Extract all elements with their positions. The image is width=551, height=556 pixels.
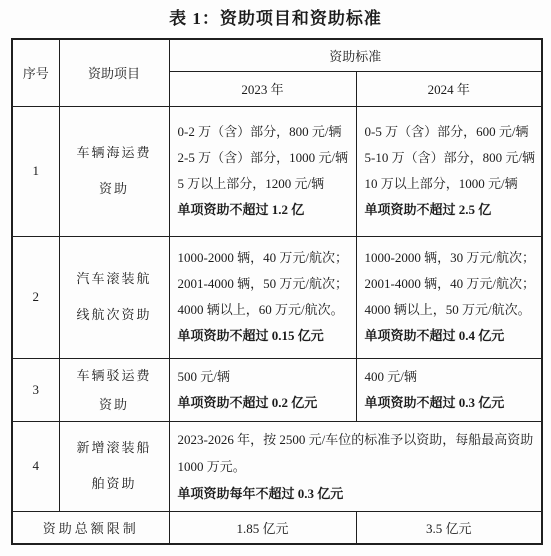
cap-line: 单项资助每年不超过 0.3 亿元 xyxy=(178,480,537,507)
project-line: 车辆海运费 xyxy=(60,135,169,171)
standard-line: 1000-2000 辆，30 万元/航次； xyxy=(365,245,537,271)
cap-line: 单项资助不超过 2.5 亿 xyxy=(365,197,537,223)
standard-line: 2001-4000 辆，50 万元/航次； xyxy=(178,271,351,297)
project-line: 汽车滚装航 xyxy=(60,261,169,297)
cap-line: 单项资助不超过 1.2 亿 xyxy=(178,197,351,223)
standard-line: 2-5 万（含）部分，1000 元/辆 xyxy=(178,145,351,171)
row-2-2024-cell: 1000-2000 辆，30 万元/航次； 2001-4000 辆，40 万元/… xyxy=(356,236,542,358)
standard-line: 4000 辆以上，60 万元/航次。 xyxy=(178,297,351,323)
table-row: 1 车辆海运费 资助 0-2 万（含）部分，800 元/辆 2-5 万（含）部分… xyxy=(12,106,542,236)
cap-line: 单项资助不超过 0.3 亿元 xyxy=(365,390,537,416)
standard-line: 500 元/辆 xyxy=(178,364,351,390)
project-line: 新增滚装船 xyxy=(60,430,169,466)
row-3-project: 车辆驳运费 资助 xyxy=(59,358,169,421)
standard-line: 4000 辆以上，50 万元/航次。 xyxy=(365,297,537,323)
table-row: 3 车辆驳运费 资助 500 元/辆 单项资助不超过 0.2 亿元 400 元/… xyxy=(12,358,542,421)
cap-line: 单项资助不超过 0.4 亿元 xyxy=(365,323,537,349)
row-3-2024-cell: 400 元/辆 单项资助不超过 0.3 亿元 xyxy=(356,358,542,421)
cap-line: 单项资助不超过 0.15 亿元 xyxy=(178,323,351,349)
header-year-2024: 2024 年 xyxy=(356,71,542,106)
row-1-2023-cell: 0-2 万（含）部分，800 元/辆 2-5 万（含）部分，1000 元/辆 5… xyxy=(169,106,356,236)
row-3-2023-cell: 500 元/辆 单项资助不超过 0.2 亿元 xyxy=(169,358,356,421)
row-2-project: 汽车滚装航 线航次资助 xyxy=(59,236,169,358)
project-line: 舶资助 xyxy=(60,466,169,502)
standard-line: 1000-2000 辆，40 万元/航次； xyxy=(178,245,351,271)
header-col-project: 资助项目 xyxy=(59,39,169,106)
row-1-project: 车辆海运费 资助 xyxy=(59,106,169,236)
row-4-project: 新增滚装船 舶资助 xyxy=(59,421,169,511)
row-1-no: 1 xyxy=(12,106,59,236)
standard-line: 5-10 万（含）部分，800 元/辆 xyxy=(365,145,537,171)
header-year-2023: 2023 年 xyxy=(169,71,356,106)
table-title: 表 1：资助项目和资助标准 xyxy=(0,0,551,31)
standard-line: 5 万以上部分，1200 元/辆 xyxy=(178,171,351,197)
project-line: 资助 xyxy=(60,390,169,419)
header-col-no: 序号 xyxy=(12,39,59,106)
subsidy-table: 序号 资助项目 资助标准 2023 年 2024 年 1 车辆海运费 资助 0-… xyxy=(11,38,543,545)
standard-line: 2001-4000 辆，40 万元/航次； xyxy=(365,271,537,297)
cap-line: 单项资助不超过 0.2 亿元 xyxy=(178,390,351,416)
standard-line: 0-2 万（含）部分，800 元/辆 xyxy=(178,119,351,145)
standard-line: 400 元/辆 xyxy=(365,364,537,390)
row-2-2023-cell: 1000-2000 辆，40 万元/航次； 2001-4000 辆，50 万元/… xyxy=(169,236,356,358)
standard-line: 2023-2026 年，按 2500 元/车位的标准予以资助，每船最高资助 10… xyxy=(178,426,537,480)
total-label: 资助总额限制 xyxy=(12,511,169,544)
total-row: 资助总额限制 1.85 亿元 3.5 亿元 xyxy=(12,511,542,544)
row-2-no: 2 xyxy=(12,236,59,358)
total-2024-value: 3.5 亿元 xyxy=(356,511,542,544)
standard-line: 0-5 万（含）部分，600 元/辆 xyxy=(365,119,537,145)
table-row: 2 汽车滚装航 线航次资助 1000-2000 辆，40 万元/航次； 2001… xyxy=(12,236,542,358)
total-2023-value: 1.85 亿元 xyxy=(169,511,356,544)
row-4-no: 4 xyxy=(12,421,59,511)
row-3-no: 3 xyxy=(12,358,59,421)
standard-line: 10 万以上部分，1000 元/辆 xyxy=(365,171,537,197)
row-1-2024-cell: 0-5 万（含）部分，600 元/辆 5-10 万（含）部分，800 元/辆 1… xyxy=(356,106,542,236)
header-standard: 资助标准 xyxy=(169,39,542,71)
project-line: 资助 xyxy=(60,171,169,207)
project-line: 线航次资助 xyxy=(60,297,169,333)
project-line: 车辆驳运费 xyxy=(60,361,169,390)
table-row: 4 新增滚装船 舶资助 2023-2026 年，按 2500 元/车位的标准予以… xyxy=(12,421,542,511)
row-4-merged-cell: 2023-2026 年，按 2500 元/车位的标准予以资助，每船最高资助 10… xyxy=(169,421,542,511)
